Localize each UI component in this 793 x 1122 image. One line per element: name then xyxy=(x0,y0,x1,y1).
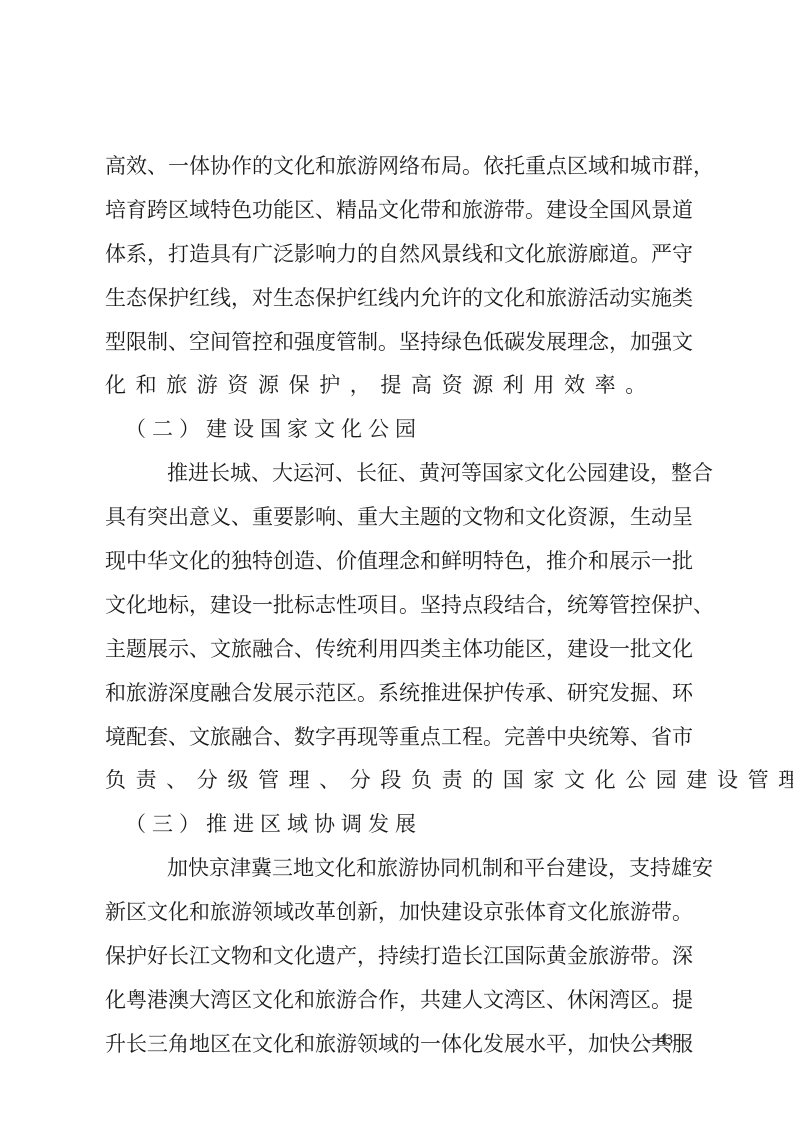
text-line: 化和旅游资源保护，提高资源利用效率。 xyxy=(105,364,693,408)
text-line: 加快京津冀三地文化和旅游协同机制和平台建设，支持雄安 xyxy=(105,847,693,891)
text-line: 生态保护红线，对生态保护红线内允许的文化和旅游活动实施类 xyxy=(105,277,693,321)
text-line: 具有突出意义、重要影响、重大主题的文物和文化资源，生动呈 xyxy=(105,496,693,540)
document-page: 高效、一体协作的文化和旅游网络布局。依托重点区域和城市群， 培育跨区域特色功能区… xyxy=(0,0,793,1122)
text-line: 文化地标，建设一批标志性项目。坚持点段结合，统筹管控保护、 xyxy=(105,584,693,628)
text-line: 现中华文化的独特创造、价值理念和鲜明特色，推介和展示一批 xyxy=(105,540,693,584)
page-number: —43— xyxy=(643,1032,688,1049)
page-body: 高效、一体协作的文化和旅游网络布局。依托重点区域和城市群， 培育跨区域特色功能区… xyxy=(105,145,693,1067)
text-line: 境配套、文旅融合、数字再现等重点工程。完善中央统筹、省市 xyxy=(105,716,693,760)
text-line: 主题展示、文旅融合、传统利用四类主体功能区，建设一批文化 xyxy=(105,628,693,672)
text-line: 推进长城、大运河、长征、黄河等国家文化公园建设，整合 xyxy=(105,452,693,496)
text-line: 和旅游深度融合发展示范区。系统推进保护传承、研究发掘、环 xyxy=(105,672,693,716)
text-line: 负责、分级管理、分段负责的国家文化公园建设管理机制。 xyxy=(105,759,693,803)
text-line: 新区文化和旅游领域改革创新，加快建设京张体育文化旅游带。 xyxy=(105,891,693,935)
text-line: 体系，打造具有广泛影响力的自然风景线和文化旅游廊道。严守 xyxy=(105,233,693,277)
section-heading: （二）建设国家文化公园 xyxy=(105,408,693,452)
text-line: 保护好长江文物和文化遗产，持续打造长江国际黄金旅游带。深 xyxy=(105,935,693,979)
section-heading: （三）推进区域协调发展 xyxy=(105,803,693,847)
text-line: 化粤港澳大湾区文化和旅游合作，共建人文湾区、休闲湾区。提 xyxy=(105,979,693,1023)
text-line: 培育跨区域特色功能区、精品文化带和旅游带。建设全国风景道 xyxy=(105,189,693,233)
text-line: 型限制、空间管控和强度管制。坚持绿色低碳发展理念，加强文 xyxy=(105,321,693,365)
text-line: 升长三角地区在文化和旅游领域的一体化发展水平，加快公共服 xyxy=(105,1023,693,1067)
text-line: 高效、一体协作的文化和旅游网络布局。依托重点区域和城市群， xyxy=(105,145,693,189)
